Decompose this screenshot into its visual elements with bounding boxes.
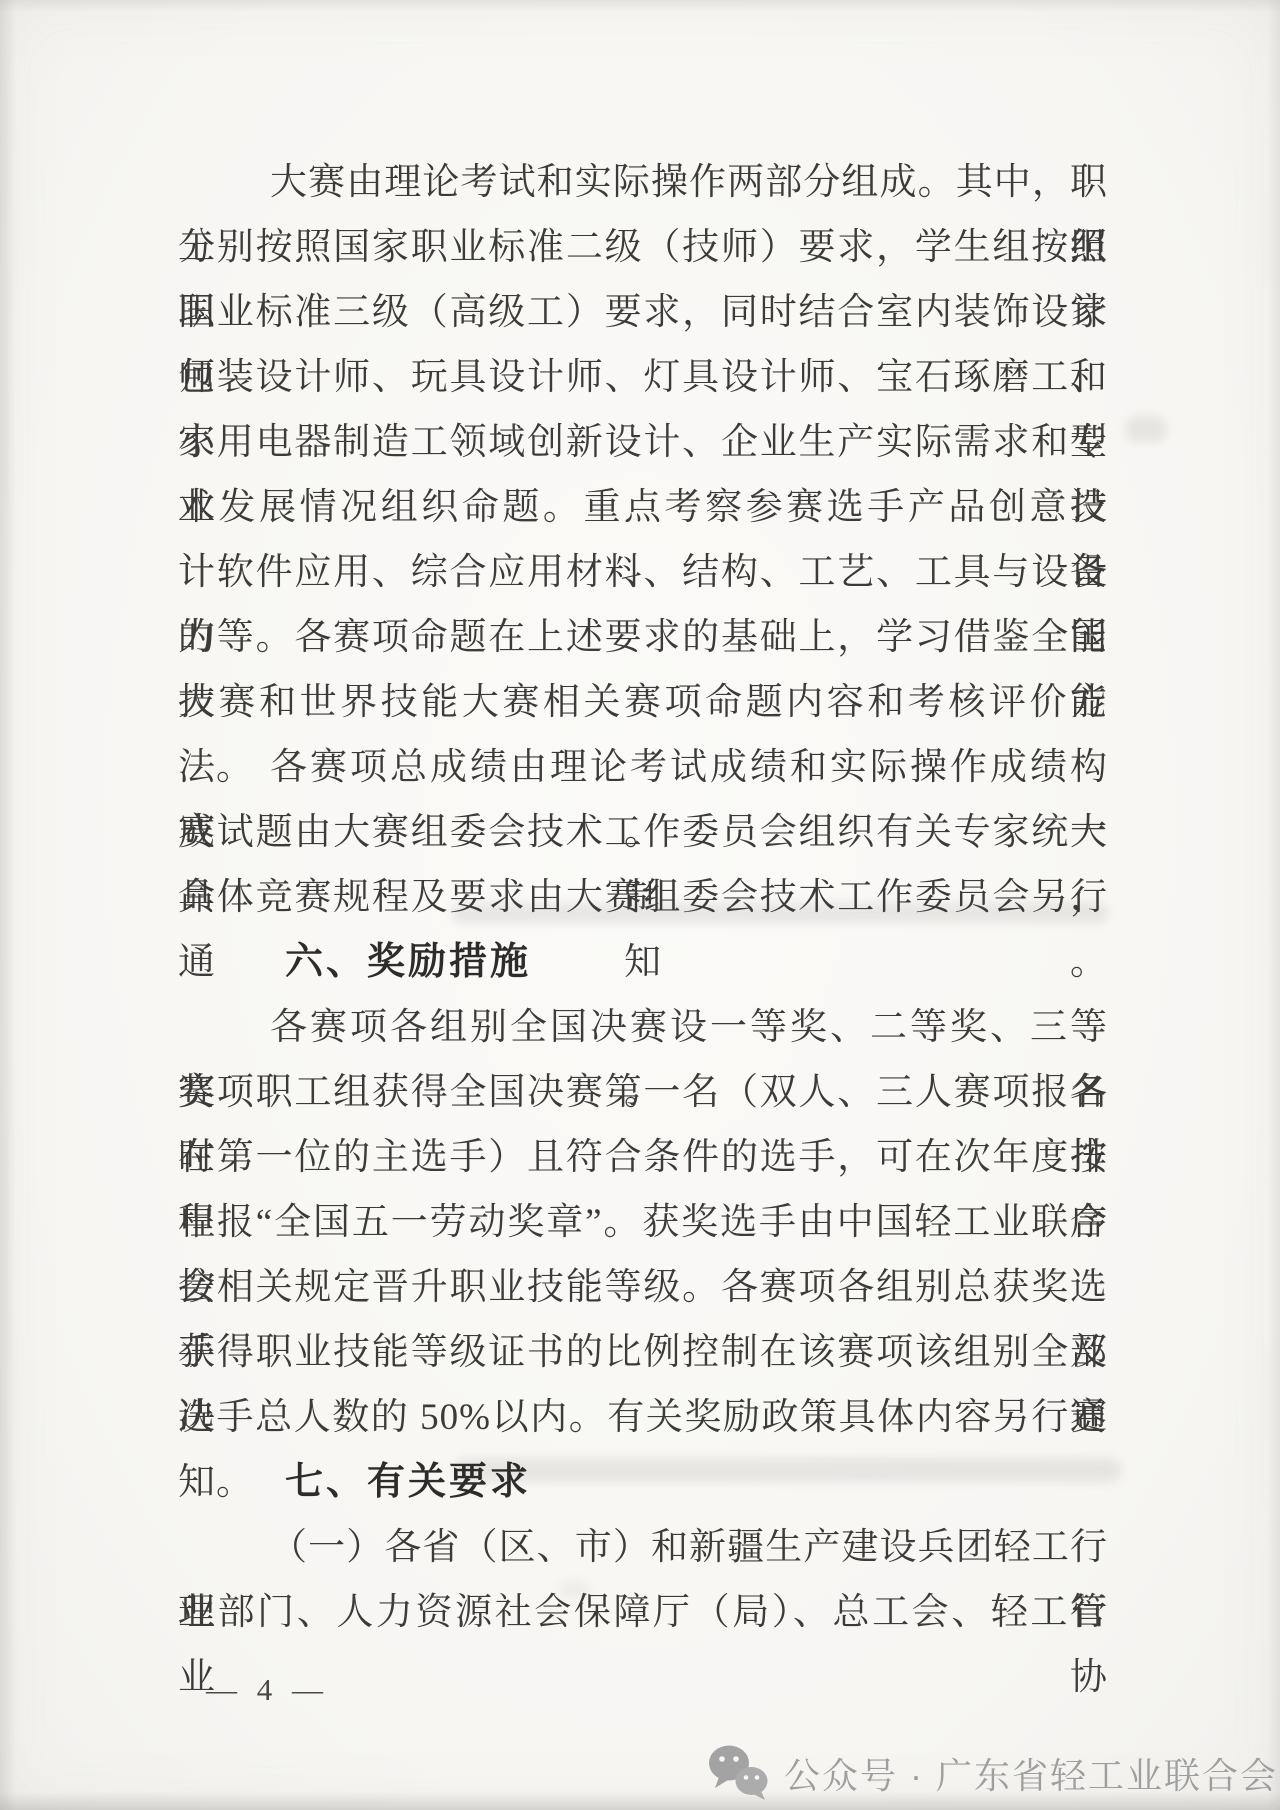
body-line: 家用电器制造工领域创新设计、企业生产实际需求和专业技 [178,410,1108,475]
page-number: — 4 — [206,1672,329,1708]
body-line: 在第一位的主选手）且符合条件的选手，可在次年度按程序 [178,1125,1108,1190]
body-line: 分别按照国家职业标准二级（技师）要求，学生组按照国家 [178,215,1108,280]
body-line: 大赛由理论考试和实际操作两部分组成。其中，职工组 [178,150,1108,215]
document-text-column: 大赛由理论考试和实际操作两部分组成。其中，职工组 分别按照国家职业标准二级（技师… [178,150,1108,1645]
body-line: 力等。各赛项命题在上述要求的基础上，学习借鉴全国技能 [178,605,1108,670]
body-line: 选手总人数的 50%以内。有关奖励政策具体内容另行通知。 [178,1385,1108,1450]
section-heading-requirements: 七、有关要求 [178,1450,1108,1515]
body-line: 各赛项各组别全国决赛设一等奖、二等奖、三等奖。各 [178,995,1108,1060]
body-line: 各赛项总成绩由理论考试成绩和实际操作成绩构成。大 [178,735,1108,800]
body-line: 包装设计师、玩具设计师、灯具设计师、宝石琢磨工和小型 [178,345,1108,410]
watermark-label: 公众号 · 广东省轻工业联合会 [784,1748,1278,1799]
body-line: 赛试题由大赛组委会技术工作委员会组织有关专家统一命制， [178,800,1108,865]
wechat-watermark: 公众号 · 广东省轻工业联合会 [708,1742,1278,1804]
wechat-icon [708,1744,772,1802]
ink-bleed-artifact [1126,416,1166,442]
body-line: 术发展情况组织命题。重点考察参赛选手产品创意设计、设 [178,475,1108,540]
scanned-document-page: 大赛由理论考试和实际操作两部分组成。其中，职工组 分别按照国家职业标准二级（技师… [0,0,1280,1810]
body-line: 职业标准三级（高级工）要求，同时结合室内装饰设计师、 [178,280,1108,345]
body-line: 赛项职工组获得全国决赛第一名（双人、三人赛项报名时排 [178,1060,1108,1125]
body-line: 获得职业技能等级证书的比例控制在该赛项该组别全部决赛 [178,1320,1108,1385]
body-line: 计软件应用、综合应用材料、结构、工艺、工具与设备的能 [178,540,1108,605]
body-line: 申报“全国五一劳动奖章”。获奖选手由中国轻工业联合会 [178,1190,1108,1255]
body-line: 理部门、人力资源社会保障厅（局）、总工会、轻工行业协 [178,1580,1108,1645]
body-line: 大赛和世界技能大赛相关赛项命题内容和考核评价方法。 [178,670,1108,735]
body-line: （一）各省（区、市）和新疆生产建设兵团轻工行业管 [178,1515,1108,1580]
body-line: 具体竞赛规程及要求由大赛组委会技术工作委员会另行通知。 [178,865,1108,930]
body-line: 按相关规定晋升职业技能等级。各赛项各组别总获奖选手及 [178,1255,1108,1320]
